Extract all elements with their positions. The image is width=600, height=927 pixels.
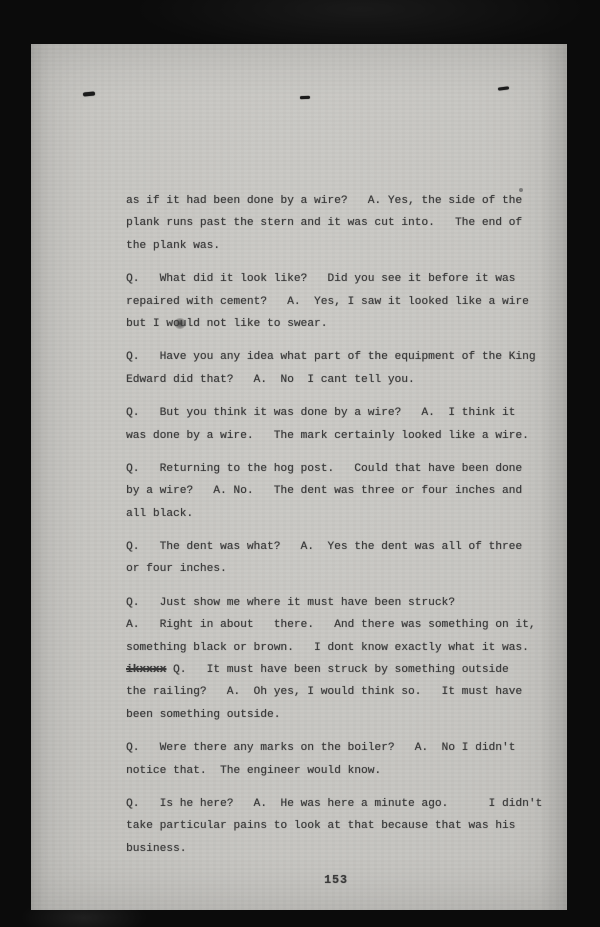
transcript-text-segment: take particular pains to look at that be… xyxy=(126,820,515,832)
transcript-text-segment: something black or brown. I dont know ex… xyxy=(126,642,529,654)
transcript-text-segment: notice that. The engineer would know. xyxy=(126,765,381,777)
transcript-line: Q. Just show me where it must have been … xyxy=(126,592,546,614)
document-page: as if it had been done by a wire? A. Yes… xyxy=(31,44,567,910)
transcript-line: notice that. The engineer would know. xyxy=(126,760,546,782)
pen-mark-dash-left xyxy=(83,91,95,96)
transcript-line: A. Right in about there. And there was s… xyxy=(126,614,546,636)
transcript-text-segment: the railing? A. Oh yes, I would think so… xyxy=(126,686,522,698)
transcript-text-segment: Q. Have you any idea what part of the eq… xyxy=(126,351,536,363)
transcript-line: Q. But you think it was done by a wire? … xyxy=(126,402,546,424)
transcript-line: repaired with cement? A. Yes, I saw it l… xyxy=(126,291,546,313)
microfilm-background: as if it had been done by a wire? A. Yes… xyxy=(0,0,600,927)
transcript-paragraph: Q. Were there any marks on the boiler? A… xyxy=(126,737,546,782)
transcript-text-segment: A. Right in about there. And there was s… xyxy=(126,619,536,631)
transcript-line: been something outside. xyxy=(126,704,546,726)
transcript-paragraph: Q. The dent was what? A. Yes the dent wa… xyxy=(126,536,546,581)
transcript-line: something black or brown. I dont know ex… xyxy=(126,637,546,659)
transcript-line: Edward did that? A. No I cant tell you. xyxy=(126,369,546,391)
transcript-paragraph: as if it had been done by a wire? A. Yes… xyxy=(126,190,546,257)
transcript-line: Q. Is he here? A. He was here a minute a… xyxy=(126,793,546,815)
transcript-text-segment: Q. Were there any marks on the boiler? A… xyxy=(126,742,515,754)
transcript-line: Q. Returning to the hog post. Could that… xyxy=(126,458,546,480)
transcript-text-segment: Q. It must have been struck by something… xyxy=(166,664,508,676)
pen-mark-dash-center xyxy=(300,96,310,100)
transcript-line: Q. Were there any marks on the boiler? A… xyxy=(126,737,546,759)
transcript-line: ikxxxx Q. It must have been struck by so… xyxy=(126,659,546,681)
pen-mark-dash-right xyxy=(498,86,509,90)
transcript-text-segment: but I would not like to swear. xyxy=(126,318,327,330)
transcript-text-segment: all black. xyxy=(126,508,193,520)
transcript-text-segment: Q. What did it look like? Did you see it… xyxy=(126,273,515,285)
transcript-text-segment: by a wire? A. No. The dent was three or … xyxy=(126,485,522,497)
transcript-text: as if it had been done by a wire? A. Yes… xyxy=(126,190,546,871)
transcript-text-segment: Q. Returning to the hog post. Could that… xyxy=(126,463,522,475)
transcript-line: plank runs past the stern and it was cut… xyxy=(126,212,546,234)
transcript-text-segment: Q. The dent was what? A. Yes the dent wa… xyxy=(126,541,522,553)
transcript-line: business. xyxy=(126,838,546,860)
transcript-line: all black. xyxy=(126,503,546,525)
transcript-line: the plank was. xyxy=(126,235,546,257)
transcript-line: Q. What did it look like? Did you see it… xyxy=(126,268,546,290)
transcript-text-segment: or four inches. xyxy=(126,563,227,575)
transcript-text-segment: plank runs past the stern and it was cut… xyxy=(126,217,522,229)
transcript-paragraph: Q. Is he here? A. He was here a minute a… xyxy=(126,793,546,860)
transcript-paragraph: Q. But you think it was done by a wire? … xyxy=(126,402,546,447)
transcript-text-segment: Q. Is he here? A. He was here a minute a… xyxy=(126,798,542,810)
transcript-text-segment: been something outside. xyxy=(126,709,280,721)
transcript-text-segment: Q. Just show me where it must have been … xyxy=(126,597,455,609)
transcript-line: as if it had been done by a wire? A. Yes… xyxy=(126,190,546,212)
transcript-text-segment: was done by a wire. The mark certainly l… xyxy=(126,430,529,442)
transcript-paragraph: Q. Just show me where it must have been … xyxy=(126,592,546,726)
transcript-text-segment: the plank was. xyxy=(126,240,220,252)
transcript-line: by a wire? A. No. The dent was three or … xyxy=(126,480,546,502)
transcript-line: but I would not like to swear. xyxy=(126,313,546,335)
struck-out-text: ikxxxx xyxy=(126,664,166,676)
transcript-line: the railing? A. Oh yes, I would think so… xyxy=(126,681,546,703)
transcript-text-segment: business. xyxy=(126,843,186,855)
transcript-text-segment: Q. But you think it was done by a wire? … xyxy=(126,407,515,419)
page-number: 153 xyxy=(126,870,546,892)
transcript-line: Q. The dent was what? A. Yes the dent wa… xyxy=(126,536,546,558)
transcript-paragraph: Q. Returning to the hog post. Could that… xyxy=(126,458,546,525)
transcript-text-segment: Edward did that? A. No I cant tell you. xyxy=(126,374,415,386)
transcript-line: was done by a wire. The mark certainly l… xyxy=(126,425,546,447)
transcript-line: Q. Have you any idea what part of the eq… xyxy=(126,346,546,368)
transcript-text-segment: repaired with cement? A. Yes, I saw it l… xyxy=(126,296,529,308)
transcript-paragraph: Q. What did it look like? Did you see it… xyxy=(126,268,546,335)
transcript-paragraph: Q. Have you any idea what part of the eq… xyxy=(126,346,546,391)
transcript-line: or four inches. xyxy=(126,558,546,580)
transcript-line: take particular pains to look at that be… xyxy=(126,815,546,837)
transcript-text-segment: as if it had been done by a wire? A. Yes… xyxy=(126,195,522,207)
